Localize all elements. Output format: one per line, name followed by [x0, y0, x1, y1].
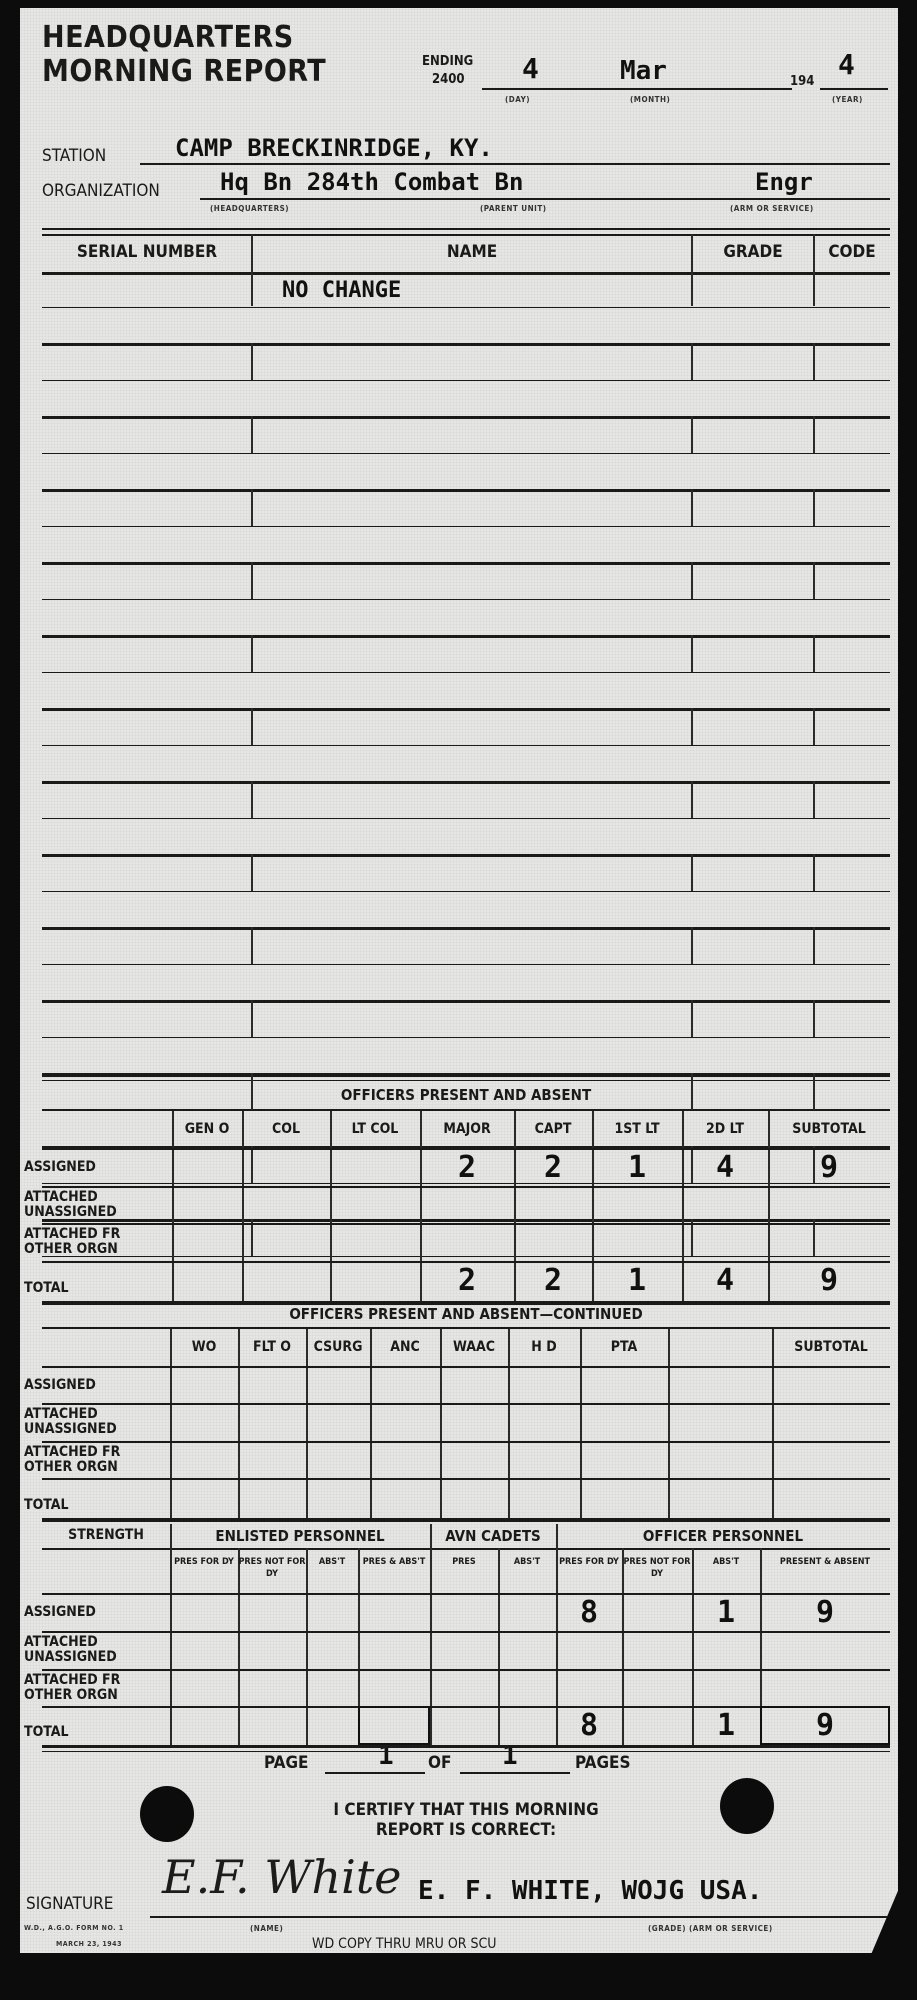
rule-line: [42, 416, 890, 419]
rule-line: [42, 1745, 890, 1748]
grade-caption: (GRADE) (ARM OR SERVICE): [648, 1924, 773, 1933]
column-serial-number: SERIAL NUMBER: [42, 242, 252, 262]
column-divider: [813, 416, 815, 453]
column-divider: [238, 1329, 240, 1518]
column-divider: [251, 854, 253, 891]
rule-line: [42, 927, 890, 930]
column-divider: [813, 234, 815, 306]
rule-line: [42, 343, 890, 346]
parent-unit-caption: (PARENT UNIT): [480, 204, 547, 213]
strength-group-enlisted: ENLISTED PERSONNEL: [170, 1527, 430, 1545]
strength-row-label: ASSIGNED: [24, 1605, 154, 1620]
column-divider: [691, 416, 693, 453]
officers-continued-column-2: CSURG: [306, 1339, 370, 1355]
signature-label: SIGNATURE: [26, 1894, 113, 1914]
rule-line: [42, 964, 890, 965]
typed-signature: E. F. WHITE, WOJG USA.: [418, 1876, 762, 1906]
strength-subcolumn-2: ABS'T: [306, 1556, 358, 1568]
column-divider: [440, 1329, 442, 1518]
column-divider: [306, 1548, 308, 1745]
column-divider: [691, 1000, 693, 1037]
column-divider: [251, 234, 253, 306]
strength-subcolumn-5: ABS'T: [498, 1556, 556, 1568]
rule-line: [42, 854, 890, 857]
strength-subcolumn-4: PRES: [430, 1556, 498, 1568]
officers-cell-value: 2: [420, 1263, 514, 1298]
column-divider: [251, 416, 253, 453]
column-divider: [813, 854, 815, 891]
rule-line: [42, 1301, 890, 1304]
column-divider: [306, 1329, 308, 1518]
total-box: [760, 1706, 890, 1745]
rule-line: [42, 1669, 890, 1671]
entry-name: NO CHANGE: [282, 278, 401, 303]
column-divider: [691, 234, 693, 306]
officers-continued-column-5: H D: [508, 1339, 580, 1355]
column-divider: [813, 781, 815, 818]
officers-column-4: CAPT: [514, 1121, 592, 1137]
rule-line: [42, 1631, 890, 1633]
column-code: CODE: [814, 242, 890, 262]
column-divider: [508, 1329, 510, 1518]
officers-column-2: LT COL: [330, 1121, 420, 1137]
rule-line: [42, 1073, 890, 1076]
officers-column-0: GEN O: [172, 1121, 242, 1137]
column-divider: [498, 1548, 500, 1745]
column-divider: [813, 1000, 815, 1037]
rule-line: [42, 818, 890, 819]
strength-subcolumn-0: PRES FOR DY: [170, 1556, 238, 1568]
officers-continued-column-6: PTA: [580, 1339, 668, 1355]
rule-line: [42, 745, 890, 746]
certification-line2: REPORT IS CORRECT:: [42, 1820, 890, 1840]
strength-subcolumn-1: PRES NOT FOR DY: [238, 1556, 306, 1580]
year-caption: (YEAR): [832, 95, 863, 104]
rule-line: [42, 1521, 890, 1522]
column-divider: [691, 562, 693, 599]
rule-line: [42, 599, 890, 600]
officers-column-7: SUBTOTAL: [768, 1121, 890, 1137]
officers-cell-value: 2: [420, 1150, 514, 1185]
column-divider: [813, 635, 815, 672]
rule-line: [42, 1366, 890, 1368]
form-date: MARCH 23, 1943: [56, 1940, 122, 1948]
column-divider: [172, 1111, 174, 1301]
officers-row-label: ASSIGNED: [24, 1160, 154, 1175]
strength-subcolumn-9: PRESENT & ABSENT: [760, 1556, 890, 1568]
officers-row-label: ATTACHED FR OTHER ORGN: [24, 1227, 154, 1257]
officers-column-3: MAJOR: [420, 1121, 514, 1137]
officers-column-6: 2D LT: [682, 1121, 768, 1137]
column-divider: [170, 1329, 172, 1518]
rule-line: [42, 1256, 890, 1257]
rule-line: [42, 1478, 890, 1480]
rule-line: [42, 453, 890, 454]
of-label: OF: [428, 1753, 451, 1773]
column-divider: [691, 781, 693, 818]
strength-row-label: ATTACHED UNASSIGNED: [24, 1635, 154, 1665]
officers-continued-row-label: TOTAL: [24, 1498, 154, 1513]
column-divider: [251, 635, 253, 672]
strength-subcolumn-6: PRES FOR DY: [556, 1556, 622, 1568]
officers-cell-value: 4: [682, 1150, 768, 1185]
arm-caption: (ARM OR SERVICE): [730, 204, 814, 213]
column-divider: [813, 489, 815, 526]
headquarters-caption: (HEADQUARTERS): [210, 204, 289, 213]
rule-line: [42, 1403, 890, 1405]
report-year: 4: [838, 48, 855, 81]
year-prefix: 194: [790, 74, 814, 89]
column-divider: [691, 1073, 693, 1110]
column-divider: [691, 927, 693, 964]
column-grade: GRADE: [692, 242, 814, 262]
strength-subcolumn-3: PRES & ABS'T: [358, 1556, 430, 1568]
strength-subcolumn-8: ABS'T: [692, 1556, 760, 1568]
column-divider: [370, 1329, 372, 1518]
column-divider: [691, 343, 693, 380]
pages-label: PAGES: [575, 1753, 631, 1773]
month-caption: (MONTH): [630, 95, 670, 104]
morning-report-form: HEADQUARTERS MORNING REPORT ENDING 2400 …: [20, 8, 898, 1953]
rule-line: [42, 708, 890, 711]
officers-continued-row-label: ATTACHED UNASSIGNED: [24, 1407, 154, 1437]
strength-cell-value: 8: [556, 1595, 622, 1630]
officers-continued-row-label: ASSIGNED: [24, 1378, 154, 1393]
column-divider: [580, 1329, 582, 1518]
officers-continued-column-0: WO: [170, 1339, 238, 1355]
rule-line: [42, 526, 890, 527]
officers-cell-value: 9: [768, 1263, 890, 1298]
officers-row-label: TOTAL: [24, 1281, 154, 1296]
report-month: Mar: [620, 56, 667, 86]
officers-continued-title: OFFICERS PRESENT AND ABSENT—CONTINUED: [42, 1305, 890, 1323]
strength-cell-value: 1: [692, 1708, 760, 1743]
rule-line: [42, 1219, 890, 1222]
rule-line: [42, 307, 890, 308]
strength-group-avn-cadets: AVN CADETS: [430, 1527, 556, 1545]
column-divider: [691, 489, 693, 526]
rule-line: [42, 1441, 890, 1443]
ending-time: 2400: [432, 72, 465, 87]
column-divider: [330, 1111, 332, 1301]
rule-line: [42, 1223, 890, 1225]
rule-line: [42, 489, 890, 492]
officers-column-1: COL: [242, 1121, 330, 1137]
rule-line: [42, 1037, 890, 1038]
officers-cell-value: 2: [514, 1150, 592, 1185]
strength-cell-value: 8: [556, 1708, 622, 1743]
strength-group-officer: OFFICER PERSONNEL: [556, 1527, 890, 1545]
column-divider: [251, 1146, 253, 1183]
routing-note: WD COPY THRU MRU OR SCU: [312, 1936, 497, 1952]
rule-line: [42, 1110, 890, 1111]
officers-column-5: 1ST LT: [592, 1121, 682, 1137]
rule-line: [42, 1000, 890, 1003]
ending-label: ENDING: [422, 54, 473, 69]
officers-row-label: ATTACHED UNASSIGNED: [24, 1190, 154, 1220]
column-divider: [813, 562, 815, 599]
column-divider: [242, 1111, 244, 1301]
station-label: STATION: [42, 146, 106, 166]
column-divider: [251, 708, 253, 745]
rule-line: [42, 380, 890, 381]
column-divider: [251, 562, 253, 599]
column-divider: [251, 489, 253, 526]
station-value: CAMP BRECKINRIDGE, KY.: [175, 134, 493, 162]
officers-cell-value: 9: [768, 1150, 890, 1185]
rule-line: [42, 562, 890, 565]
column-divider: [251, 1000, 253, 1037]
column-divider: [251, 927, 253, 964]
column-divider: [813, 708, 815, 745]
handwritten-signature: E.F. White: [162, 1850, 402, 1904]
organization-headquarters: Hq Bn 284th Combat Bn: [220, 168, 523, 196]
officers-cell-value: 4: [682, 1263, 768, 1298]
strength-cell-value: 9: [760, 1595, 890, 1630]
certification-line1: I CERTIFY THAT THIS MORNING: [42, 1800, 890, 1820]
strength-row-label: ATTACHED FR OTHER ORGN: [24, 1673, 154, 1703]
column-divider: [772, 1329, 774, 1518]
total-box: [358, 1706, 430, 1745]
report-day: 4: [522, 52, 539, 85]
column-divider: [691, 708, 693, 745]
rule-line: [42, 672, 890, 673]
strength-subcolumn-7: PRES NOT FOR DY: [622, 1556, 692, 1580]
strength-row-label: TOTAL: [24, 1725, 154, 1740]
rule-line: [42, 1186, 890, 1188]
officers-continued-column-4: WAAC: [440, 1339, 508, 1355]
form-number: W.D., A.G.O. FORM NO. 1: [24, 1924, 124, 1932]
column-divider: [813, 343, 815, 380]
column-divider: [691, 854, 693, 891]
officers-cell-value: 2: [514, 1263, 592, 1298]
day-caption: (DAY): [505, 95, 530, 104]
column-divider: [251, 781, 253, 818]
organization-label: ORGANIZATION: [42, 181, 160, 201]
name-caption: (NAME): [250, 1924, 283, 1933]
strength-cell-value: 1: [692, 1595, 760, 1630]
column-divider: [251, 1073, 253, 1110]
page-label: PAGE: [264, 1753, 308, 1773]
column-divider: [813, 927, 815, 964]
strength-label: STRENGTH: [42, 1527, 170, 1543]
organization-arm: Engr: [755, 168, 813, 196]
officers-continued-column-8: SUBTOTAL: [772, 1339, 890, 1355]
officers-title: OFFICERS PRESENT AND ABSENT: [42, 1086, 890, 1104]
officers-continued-column-1: FLT O: [238, 1339, 306, 1355]
column-divider: [668, 1329, 670, 1518]
form-title-line1: HEADQUARTERS: [42, 22, 294, 54]
rule-line: [42, 891, 890, 892]
officers-cell-value: 1: [592, 1150, 682, 1185]
officers-cell-value: 1: [592, 1263, 682, 1298]
column-divider: [691, 635, 693, 672]
rule-line: [42, 781, 890, 784]
officers-continued-row-label: ATTACHED FR OTHER ORGN: [24, 1445, 154, 1475]
column-divider: [251, 343, 253, 380]
column-name: NAME: [252, 242, 692, 262]
form-title-line2: MORNING REPORT: [42, 56, 326, 88]
rule-line: [42, 1751, 890, 1752]
rule-line: [42, 635, 890, 638]
officers-continued-column-3: ANC: [370, 1339, 440, 1355]
column-divider: [813, 1073, 815, 1110]
